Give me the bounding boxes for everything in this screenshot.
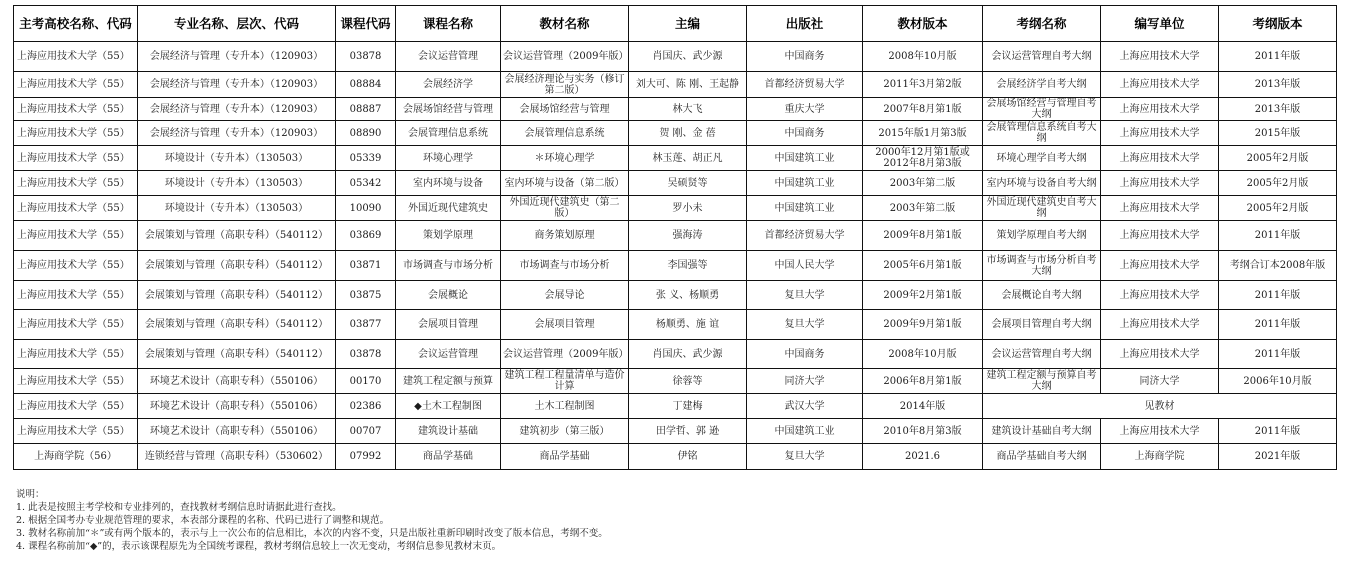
table-row: 上海应用技术大学（55）环境艺术设计（高职专科）（550106）00707建筑设… xyxy=(14,419,1337,444)
major-cell: 会展策划与管理（高职专科）（540112） xyxy=(138,340,336,369)
col-header-school: 主考高校名称、代码 xyxy=(14,6,138,42)
major-cell: 会展经济与管理（专升本）（120903） xyxy=(138,98,336,121)
syllabus-cell: 建筑设计基础自考大纲 xyxy=(983,419,1101,444)
course-code-cell: 03875 xyxy=(336,281,396,310)
col-header-textbook: 教材名称 xyxy=(501,6,629,42)
school-cell: 上海应用技术大学（55） xyxy=(14,251,138,281)
course-name-cell: 商品学基础 xyxy=(396,444,501,470)
course-code-cell: 10090 xyxy=(336,196,396,221)
school-cell: 上海应用技术大学（55） xyxy=(14,394,138,419)
school-cell: 上海应用技术大学（55） xyxy=(14,121,138,146)
course-code-cell: 05339 xyxy=(336,146,396,171)
textbook-cell: 会展场馆经营与管理 xyxy=(501,98,629,121)
course-name-cell: 建筑设计基础 xyxy=(396,419,501,444)
major-cell: 环境艺术设计（高职专科）（550106） xyxy=(138,419,336,444)
major-cell: 会展策划与管理（高职专科）（540112） xyxy=(138,281,336,310)
course-code-cell: 03878 xyxy=(336,42,396,72)
major-cell: 会展经济与管理（专升本）（120903） xyxy=(138,42,336,72)
course-name-cell: 会展管理信息系统 xyxy=(396,121,501,146)
publisher-cell: 中国商务 xyxy=(747,121,863,146)
textbook-cell: 外国近现代建筑史（第二版） xyxy=(501,196,629,221)
course-code-cell: 00170 xyxy=(336,369,396,394)
school-cell: 上海应用技术大学（55） xyxy=(14,98,138,121)
school-cell: 上海应用技术大学（55） xyxy=(14,310,138,340)
textbook-version-cell: 2011年3月第2版 xyxy=(863,72,983,98)
syllabus-version-cell: 考纲合订本2008年版 xyxy=(1219,251,1337,281)
syllabus-cell: 会展场馆经营与管理自考大纲 xyxy=(983,98,1101,121)
note-item: 3. 教材名称前加“＊”或有两个版本的，表示与上一次公布的信息相比，本次的内容不… xyxy=(16,527,608,540)
course-name-cell: 会展项目管理 xyxy=(396,310,501,340)
table-row: 上海应用技术大学（55）环境艺术设计（高职专科）（550106）02386◆土木… xyxy=(14,394,1337,419)
course-code-cell: 03869 xyxy=(336,221,396,251)
syllabus-version-cell: 2013年版 xyxy=(1219,72,1337,98)
textbook-version-cell: 2021.6 xyxy=(863,444,983,470)
syllabus-cell: 会议运营管理自考大纲 xyxy=(983,340,1101,369)
course-code-cell: 03877 xyxy=(336,310,396,340)
publisher-cell: 复旦大学 xyxy=(747,281,863,310)
author-unit-cell: 上海应用技术大学 xyxy=(1101,121,1219,146)
syllabus-cell: 市场调查与市场分析自考大纲 xyxy=(983,251,1101,281)
textbook-version-cell: 2003年第二版 xyxy=(863,196,983,221)
editor-cell: 林大飞 xyxy=(629,98,747,121)
table-row: 上海应用技术大学（55）环境设计（专升本）（130503）05342室内环境与设… xyxy=(14,171,1337,196)
publisher-cell: 中国建筑工业 xyxy=(747,146,863,171)
textbook-version-cell: 2015年版1月第3版 xyxy=(863,121,983,146)
note-item: 2. 根据全国考办专业规范管理的要求，本表部分课程的名称、代码已进行了调整和规范… xyxy=(16,514,608,527)
school-cell: 上海应用技术大学（55） xyxy=(14,146,138,171)
table-row: 上海应用技术大学（55）会展策划与管理（高职专科）（540112）03877会展… xyxy=(14,310,1337,340)
textbook-version-cell: 2003年第二版 xyxy=(863,171,983,196)
course-name-cell: 市场调查与市场分析 xyxy=(396,251,501,281)
course-name-cell: 会议运营管理 xyxy=(396,340,501,369)
course-name-cell: 室内环境与设备 xyxy=(396,171,501,196)
editor-cell: 肖国庆、武少源 xyxy=(629,42,747,72)
note-item: 4. 课程名称前加“◆”的，表示该课程原先为全国统考课程，教材考纲信息较上一次无… xyxy=(16,540,608,553)
school-cell: 上海应用技术大学（55） xyxy=(14,42,138,72)
syllabus-version-cell: 2015年版 xyxy=(1219,121,1337,146)
textbook-syllabus-table: 主考高校名称、代码 专业名称、层次、代码 课程代码 课程名称 教材名称 主编 出… xyxy=(13,5,1337,470)
syllabus-cell: 会议运营管理自考大纲 xyxy=(983,42,1101,72)
publisher-cell: 中国建筑工业 xyxy=(747,196,863,221)
major-cell: 环境艺术设计（高职专科）（550106） xyxy=(138,394,336,419)
major-cell: 环境设计（专升本）（130503） xyxy=(138,196,336,221)
publisher-cell: 中国商务 xyxy=(747,42,863,72)
author-unit-cell: 上海应用技术大学 xyxy=(1101,42,1219,72)
author-unit-cell: 上海应用技术大学 xyxy=(1101,419,1219,444)
course-code-cell: 03878 xyxy=(336,340,396,369)
textbook-cell: 会议运营管理（2009年版） xyxy=(501,340,629,369)
textbook-cell: ＊环境心理学 xyxy=(501,146,629,171)
col-header-major: 专业名称、层次、代码 xyxy=(138,6,336,42)
publisher-cell: 中国人民大学 xyxy=(747,251,863,281)
textbook-cell: 室内环境与设备（第二版） xyxy=(501,171,629,196)
author-unit-cell: 上海应用技术大学 xyxy=(1101,221,1219,251)
textbook-cell: 商务策划原理 xyxy=(501,221,629,251)
textbook-cell: 会展导论 xyxy=(501,281,629,310)
textbook-cell: 商品学基础 xyxy=(501,444,629,470)
col-header-editor: 主编 xyxy=(629,6,747,42)
school-cell: 上海应用技术大学（55） xyxy=(14,281,138,310)
textbook-version-cell: 2008年10月版 xyxy=(863,340,983,369)
editor-cell: 刘大可、陈 刚、王起静 xyxy=(629,72,747,98)
course-name-cell: ◆土木工程制图 xyxy=(396,394,501,419)
syllabus-cell: 会展概论自考大纲 xyxy=(983,281,1101,310)
editor-cell: 贺 刚、金 蓓 xyxy=(629,121,747,146)
editor-cell: 杨顺勇、施 谊 xyxy=(629,310,747,340)
table-row: 上海应用技术大学（55）环境设计（专升本）（130503）05339环境心理学＊… xyxy=(14,146,1337,171)
editor-cell: 田学哲、郭 逊 xyxy=(629,419,747,444)
editor-cell: 李国强等 xyxy=(629,251,747,281)
publisher-cell: 中国建筑工业 xyxy=(747,419,863,444)
syllabus-cell: 会展项目管理自考大纲 xyxy=(983,310,1101,340)
editor-cell: 罗小未 xyxy=(629,196,747,221)
major-cell: 连锁经营与管理（高职专科）（530602） xyxy=(138,444,336,470)
publisher-cell: 首都经济贸易大学 xyxy=(747,221,863,251)
course-name-cell: 策划学原理 xyxy=(396,221,501,251)
syllabus-cell: 会展管理信息系统自考大纲 xyxy=(983,121,1101,146)
school-cell: 上海应用技术大学（55） xyxy=(14,369,138,394)
author-unit-cell: 上海应用技术大学 xyxy=(1101,340,1219,369)
course-code-cell: 05342 xyxy=(336,171,396,196)
publisher-cell: 中国建筑工业 xyxy=(747,171,863,196)
syllabus-version-cell: 2005年2月版 xyxy=(1219,146,1337,171)
editor-cell: 林玉莲、胡正凡 xyxy=(629,146,747,171)
syllabus-version-cell: 2011年版 xyxy=(1219,419,1337,444)
textbook-cell: 会展项目管理 xyxy=(501,310,629,340)
syllabus-version-cell: 2011年版 xyxy=(1219,221,1337,251)
textbook-cell: 建筑初步（第三版） xyxy=(501,419,629,444)
school-cell: 上海商学院（56） xyxy=(14,444,138,470)
syllabus-version-cell: 2011年版 xyxy=(1219,340,1337,369)
textbook-cell: 土木工程制图 xyxy=(501,394,629,419)
major-cell: 会展策划与管理（高职专科）（540112） xyxy=(138,221,336,251)
author-unit-cell: 上海应用技术大学 xyxy=(1101,98,1219,121)
textbook-cell: 建筑工程工程量清单与造价计算 xyxy=(501,369,629,394)
textbook-version-cell: 2009年8月第1版 xyxy=(863,221,983,251)
author-unit-cell: 上海应用技术大学 xyxy=(1101,310,1219,340)
table-header-row: 主考高校名称、代码 专业名称、层次、代码 课程代码 课程名称 教材名称 主编 出… xyxy=(14,6,1337,42)
major-cell: 环境设计（专升本）（130503） xyxy=(138,146,336,171)
textbook-version-cell: 2014年版 xyxy=(863,394,983,419)
school-cell: 上海应用技术大学（55） xyxy=(14,72,138,98)
major-cell: 会展策划与管理（高职专科）（540112） xyxy=(138,251,336,281)
publisher-cell: 复旦大学 xyxy=(747,444,863,470)
col-header-syllabus-version: 考纲版本 xyxy=(1219,6,1337,42)
table-row: 上海应用技术大学（55）会展策划与管理（高职专科）（540112）03875会展… xyxy=(14,281,1337,310)
table-row: 上海应用技术大学（55）会展策划与管理（高职专科）（540112）03869策划… xyxy=(14,221,1337,251)
course-code-cell: 08884 xyxy=(336,72,396,98)
table-row: 上海应用技术大学（55）会展策划与管理（高职专科）（540112）03878会议… xyxy=(14,340,1337,369)
author-unit-cell: 上海应用技术大学 xyxy=(1101,196,1219,221)
editor-cell: 强海涛 xyxy=(629,221,747,251)
notes-title: 说明： xyxy=(16,488,608,501)
course-code-cell: 02386 xyxy=(336,394,396,419)
syllabus-version-cell: 2021年版 xyxy=(1219,444,1337,470)
syllabus-cell: 环境心理学自考大纲 xyxy=(983,146,1101,171)
syllabus-cell: 室内环境与设备自考大纲 xyxy=(983,171,1101,196)
course-name-cell: 外国近现代建筑史 xyxy=(396,196,501,221)
col-header-publisher: 出版社 xyxy=(747,6,863,42)
table-row: 上海应用技术大学（55）会展经济与管理（专升本）（120903）08890会展管… xyxy=(14,121,1337,146)
author-unit-cell: 上海应用技术大学 xyxy=(1101,72,1219,98)
editor-cell: 徐蓉等 xyxy=(629,369,747,394)
col-header-course-name: 课程名称 xyxy=(396,6,501,42)
syllabus-version-cell: 2011年版 xyxy=(1219,310,1337,340)
table-row: 上海应用技术大学（55）环境设计（专升本）（130503）10090外国近现代建… xyxy=(14,196,1337,221)
school-cell: 上海应用技术大学（55） xyxy=(14,171,138,196)
col-header-course-code: 课程代码 xyxy=(336,6,396,42)
author-unit-cell: 同济大学 xyxy=(1101,369,1219,394)
notes-section: 说明： 1. 此表是按照主考学校和专业排列的，查找教材考纲信息时请据此进行查找。… xyxy=(16,488,608,553)
author-unit-cell: 上海应用技术大学 xyxy=(1101,146,1219,171)
editor-cell: 丁建梅 xyxy=(629,394,747,419)
textbook-version-cell: 2009年2月第1版 xyxy=(863,281,983,310)
course-name-cell: 会展场馆经营与管理 xyxy=(396,98,501,121)
textbook-cell: 会议运营管理（2009年版） xyxy=(501,42,629,72)
table-row: 上海应用技术大学（55）会展经济与管理（专升本）（120903）08887会展场… xyxy=(14,98,1337,121)
col-header-author-unit: 编写单位 xyxy=(1101,6,1219,42)
course-code-cell: 08890 xyxy=(336,121,396,146)
course-code-cell: 07992 xyxy=(336,444,396,470)
course-name-cell: 环境心理学 xyxy=(396,146,501,171)
major-cell: 会展策划与管理（高职专科）（540112） xyxy=(138,310,336,340)
major-cell: 环境设计（专升本）（130503） xyxy=(138,171,336,196)
major-cell: 环境艺术设计（高职专科）（550106） xyxy=(138,369,336,394)
course-name-cell: 会展概论 xyxy=(396,281,501,310)
syllabus-version-cell: 2005年2月版 xyxy=(1219,171,1337,196)
syllabus-version-cell: 2011年版 xyxy=(1219,281,1337,310)
syllabus-cell: 策划学原理自考大纲 xyxy=(983,221,1101,251)
syllabus-version-cell: 2006年10月版 xyxy=(1219,369,1337,394)
syllabus-version-cell: 2011年版 xyxy=(1219,42,1337,72)
syllabus-merged-cell: 见教材 xyxy=(983,394,1337,419)
syllabus-version-cell: 2013年版 xyxy=(1219,98,1337,121)
editor-cell: 伊铭 xyxy=(629,444,747,470)
editor-cell: 吴硕贤等 xyxy=(629,171,747,196)
major-cell: 会展经济与管理（专升本）（120903） xyxy=(138,121,336,146)
syllabus-cell: 商品学基础自考大纲 xyxy=(983,444,1101,470)
table-row: 上海应用技术大学（55）会展策划与管理（高职专科）（540112）03871市场… xyxy=(14,251,1337,281)
school-cell: 上海应用技术大学（55） xyxy=(14,340,138,369)
textbook-version-cell: 2005年6月第1版 xyxy=(863,251,983,281)
textbook-version-cell: 2006年8月第1版 xyxy=(863,369,983,394)
note-item: 1. 此表是按照主考学校和专业排列的，查找教材考纲信息时请据此进行查找。 xyxy=(16,501,608,514)
col-header-syllabus: 考纲名称 xyxy=(983,6,1101,42)
textbook-cell: 会展管理信息系统 xyxy=(501,121,629,146)
table-row: 上海商学院（56）连锁经营与管理（高职专科）（530602）07992商品学基础… xyxy=(14,444,1337,470)
textbook-version-cell: 2008年10月版 xyxy=(863,42,983,72)
school-cell: 上海应用技术大学（55） xyxy=(14,419,138,444)
textbook-version-cell: 2007年8月第1版 xyxy=(863,98,983,121)
author-unit-cell: 上海应用技术大学 xyxy=(1101,251,1219,281)
textbook-version-cell: 2009年9月第1版 xyxy=(863,310,983,340)
school-cell: 上海应用技术大学（55） xyxy=(14,221,138,251)
syllabus-cell: 建筑工程定额与预算自考大纲 xyxy=(983,369,1101,394)
publisher-cell: 重庆大学 xyxy=(747,98,863,121)
course-code-cell: 08887 xyxy=(336,98,396,121)
editor-cell: 张 义、杨顺勇 xyxy=(629,281,747,310)
course-name-cell: 会展经济学 xyxy=(396,72,501,98)
publisher-cell: 武汉大学 xyxy=(747,394,863,419)
publisher-cell: 复旦大学 xyxy=(747,310,863,340)
textbook-cell: 会展经济理论与实务（修订第二版） xyxy=(501,72,629,98)
col-header-textbook-version: 教材版本 xyxy=(863,6,983,42)
course-code-cell: 03871 xyxy=(336,251,396,281)
table-row: 上海应用技术大学（55）环境艺术设计（高职专科）（550106）00170建筑工… xyxy=(14,369,1337,394)
table-row: 上海应用技术大学（55）会展经济与管理（专升本）（120903）03878会议运… xyxy=(14,42,1337,72)
syllabus-cell: 会展经济学自考大纲 xyxy=(983,72,1101,98)
author-unit-cell: 上海商学院 xyxy=(1101,444,1219,470)
textbook-version-cell: 2010年8月第3版 xyxy=(863,419,983,444)
publisher-cell: 首都经济贸易大学 xyxy=(747,72,863,98)
syllabus-version-cell: 2005年2月版 xyxy=(1219,196,1337,221)
publisher-cell: 同济大学 xyxy=(747,369,863,394)
major-cell: 会展经济与管理（专升本）（120903） xyxy=(138,72,336,98)
editor-cell: 肖国庆、武少源 xyxy=(629,340,747,369)
textbook-cell: 市场调查与市场分析 xyxy=(501,251,629,281)
course-name-cell: 建筑工程定额与预算 xyxy=(396,369,501,394)
syllabus-cell: 外国近现代建筑史自考大纲 xyxy=(983,196,1101,221)
publisher-cell: 中国商务 xyxy=(747,340,863,369)
school-cell: 上海应用技术大学（55） xyxy=(14,196,138,221)
course-code-cell: 00707 xyxy=(336,419,396,444)
course-name-cell: 会议运营管理 xyxy=(396,42,501,72)
table-row: 上海应用技术大学（55）会展经济与管理（专升本）（120903）08884会展经… xyxy=(14,72,1337,98)
author-unit-cell: 上海应用技术大学 xyxy=(1101,281,1219,310)
textbook-version-cell: 2000年12月第1版或2012年8月第3版 xyxy=(863,146,983,171)
author-unit-cell: 上海应用技术大学 xyxy=(1101,171,1219,196)
